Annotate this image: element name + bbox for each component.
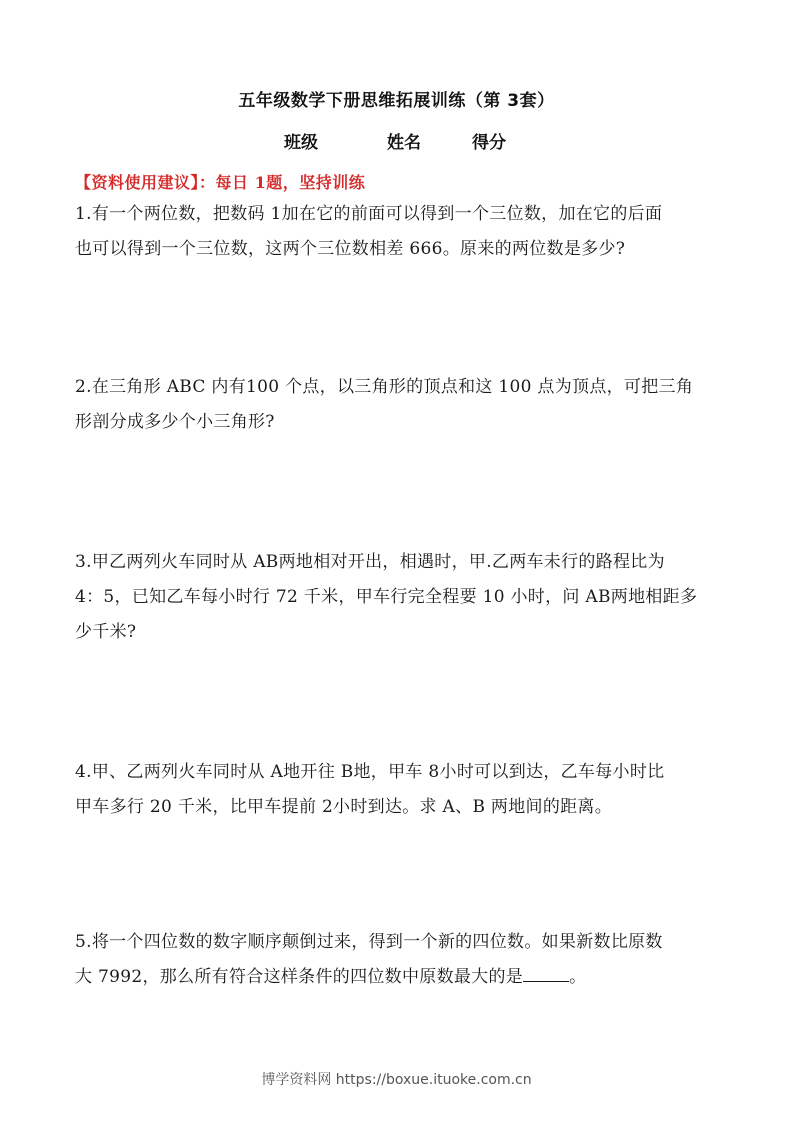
question-2: 2.在三角形 ABC 内有100 个点，以三角形的顶点和这 100 点为顶点，可… (75, 370, 720, 440)
question-line: 3.甲乙两列火车同时从 AB两地相对开出，相遇时，甲.乙两车未行的路程比为 (75, 545, 720, 580)
score-label: 得分 (472, 128, 506, 153)
question-line: 也可以得到一个三位数，这两个三位数相差 666。原来的两位数是多少? (75, 232, 720, 267)
question-line: 1.有一个两位数，把数码 1加在它的前面可以得到一个三位数，加在它的后面 (75, 197, 720, 232)
question-line: 4.甲、乙两列火车同时从 A地开往 B地，甲车 8小时可以到达，乙车每小时比 (75, 755, 720, 790)
question-4: 4.甲、乙两列火车同时从 A地开往 B地，甲车 8小时可以到达，乙车每小时比 甲… (75, 755, 720, 825)
question-line: 4：5，已知乙车每小时行 72 千米，甲车行完全程要 10 小时，问 AB两地相… (75, 580, 720, 615)
question-line-text: 大 7992，那么所有符合这样条件的四位数中原数最大的是 (75, 967, 523, 987)
question-line: 甲车多行 20 千米，比甲车提前 2小时到达。求 A、B 两地间的距离。 (75, 790, 720, 825)
answer-blank[interactable] (523, 963, 569, 982)
footer-watermark: 博学资料网 https://boxue.ituoke.com.cn (0, 1069, 793, 1089)
usage-advice: 【资料使用建议】：每日 1题，坚持训练 (75, 170, 365, 193)
question-line: 5.将一个四位数的数字顺序颠倒过来，得到一个新的四位数。如果新数比原数 (75, 925, 720, 960)
question-line-suffix: 。 (569, 967, 586, 987)
question-line: 少千米? (75, 615, 720, 650)
page-title: 五年级数学下册思维拓展训练（第 3套） (0, 86, 793, 111)
question-line: 形剖分成多少个小三角形? (75, 405, 720, 440)
name-label: 姓名 (387, 128, 421, 153)
class-label: 班级 (284, 128, 318, 153)
question-line-with-blank: 大 7992，那么所有符合这样条件的四位数中原数最大的是。 (75, 960, 720, 995)
question-5: 5.将一个四位数的数字顺序颠倒过来，得到一个新的四位数。如果新数比原数 大 79… (75, 925, 720, 995)
question-1: 1.有一个两位数，把数码 1加在它的前面可以得到一个三位数，加在它的后面 也可以… (75, 197, 720, 267)
question-line: 2.在三角形 ABC 内有100 个点，以三角形的顶点和这 100 点为顶点，可… (75, 370, 720, 405)
question-3: 3.甲乙两列火车同时从 AB两地相对开出，相遇时，甲.乙两车未行的路程比为 4：… (75, 545, 720, 650)
